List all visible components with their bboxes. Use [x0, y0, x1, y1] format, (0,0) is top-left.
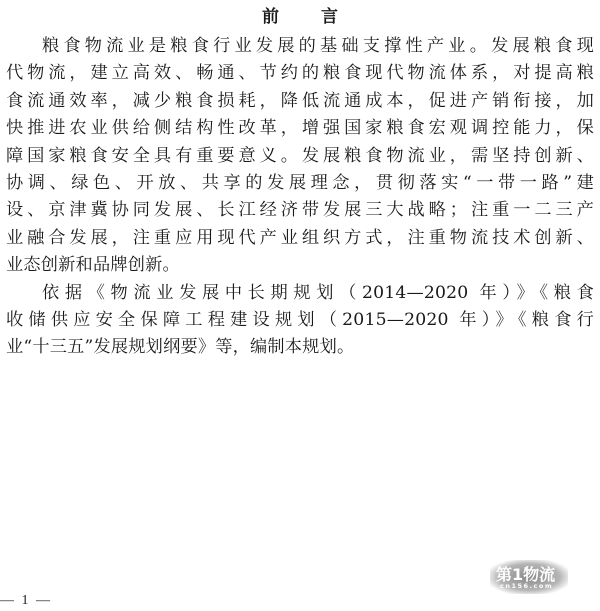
paragraph-2: 依据《物流业发展中长期规划（2014—2020 年）》《粮食 收储供应安全保障工…: [6, 280, 594, 362]
paragraph-1: 粮食物流业是粮食行业发展的基础支撑性产业。发展粮食现 代物流，建立高效、畅通、节…: [6, 33, 594, 280]
watermark-logo: 第1物流 cn156.com: [490, 560, 568, 594]
text-line: 收储供应安全保障工程建设规划（2015—2020 年）》《粮食行: [6, 307, 594, 334]
text-line: 业“十三五”发展规划纲要》等，编制本规划。: [6, 334, 594, 361]
text-line: 依据《物流业发展中长期规划（2014—2020 年）》《粮食: [6, 280, 594, 307]
text-line: 协调、绿色、开放、共享的发展理念，贯彻落实“一带一路”建: [6, 170, 594, 197]
text-line: 食流通效率，减少粮食损耗，降低流通成本，促进产销衔接，加: [6, 88, 594, 115]
page-number: — 1 —: [0, 593, 52, 609]
text-line: 粮食物流业是粮食行业发展的基础支撑性产业。发展粮食现: [6, 33, 594, 60]
text-line: 业态创新和品牌创新。: [6, 252, 594, 279]
watermark-url: cn156.com: [500, 582, 553, 590]
text-line: 设、京津冀协同发展、长江经济带发展三大战略；注重一二三产: [6, 197, 594, 224]
text-line: 快推进农业供给侧结构性改革，增强国家粮食宏观调控能力，保: [6, 115, 594, 142]
page-title: 前 言: [0, 2, 600, 27]
text-line: 障国家粮食安全具有重要意义。发展粮食物流业，需坚持创新、: [6, 143, 594, 170]
document-body: 粮食物流业是粮食行业发展的基础支撑性产业。发展粮食现 代物流，建立高效、畅通、节…: [6, 33, 594, 362]
text-line: 代物流，建立高效、畅通、节约的粮食现代物流体系，对提高粮: [6, 60, 594, 87]
text-line: 业融合发展，注重应用现代产业组织方式，注重物流技术创新、: [6, 225, 594, 252]
